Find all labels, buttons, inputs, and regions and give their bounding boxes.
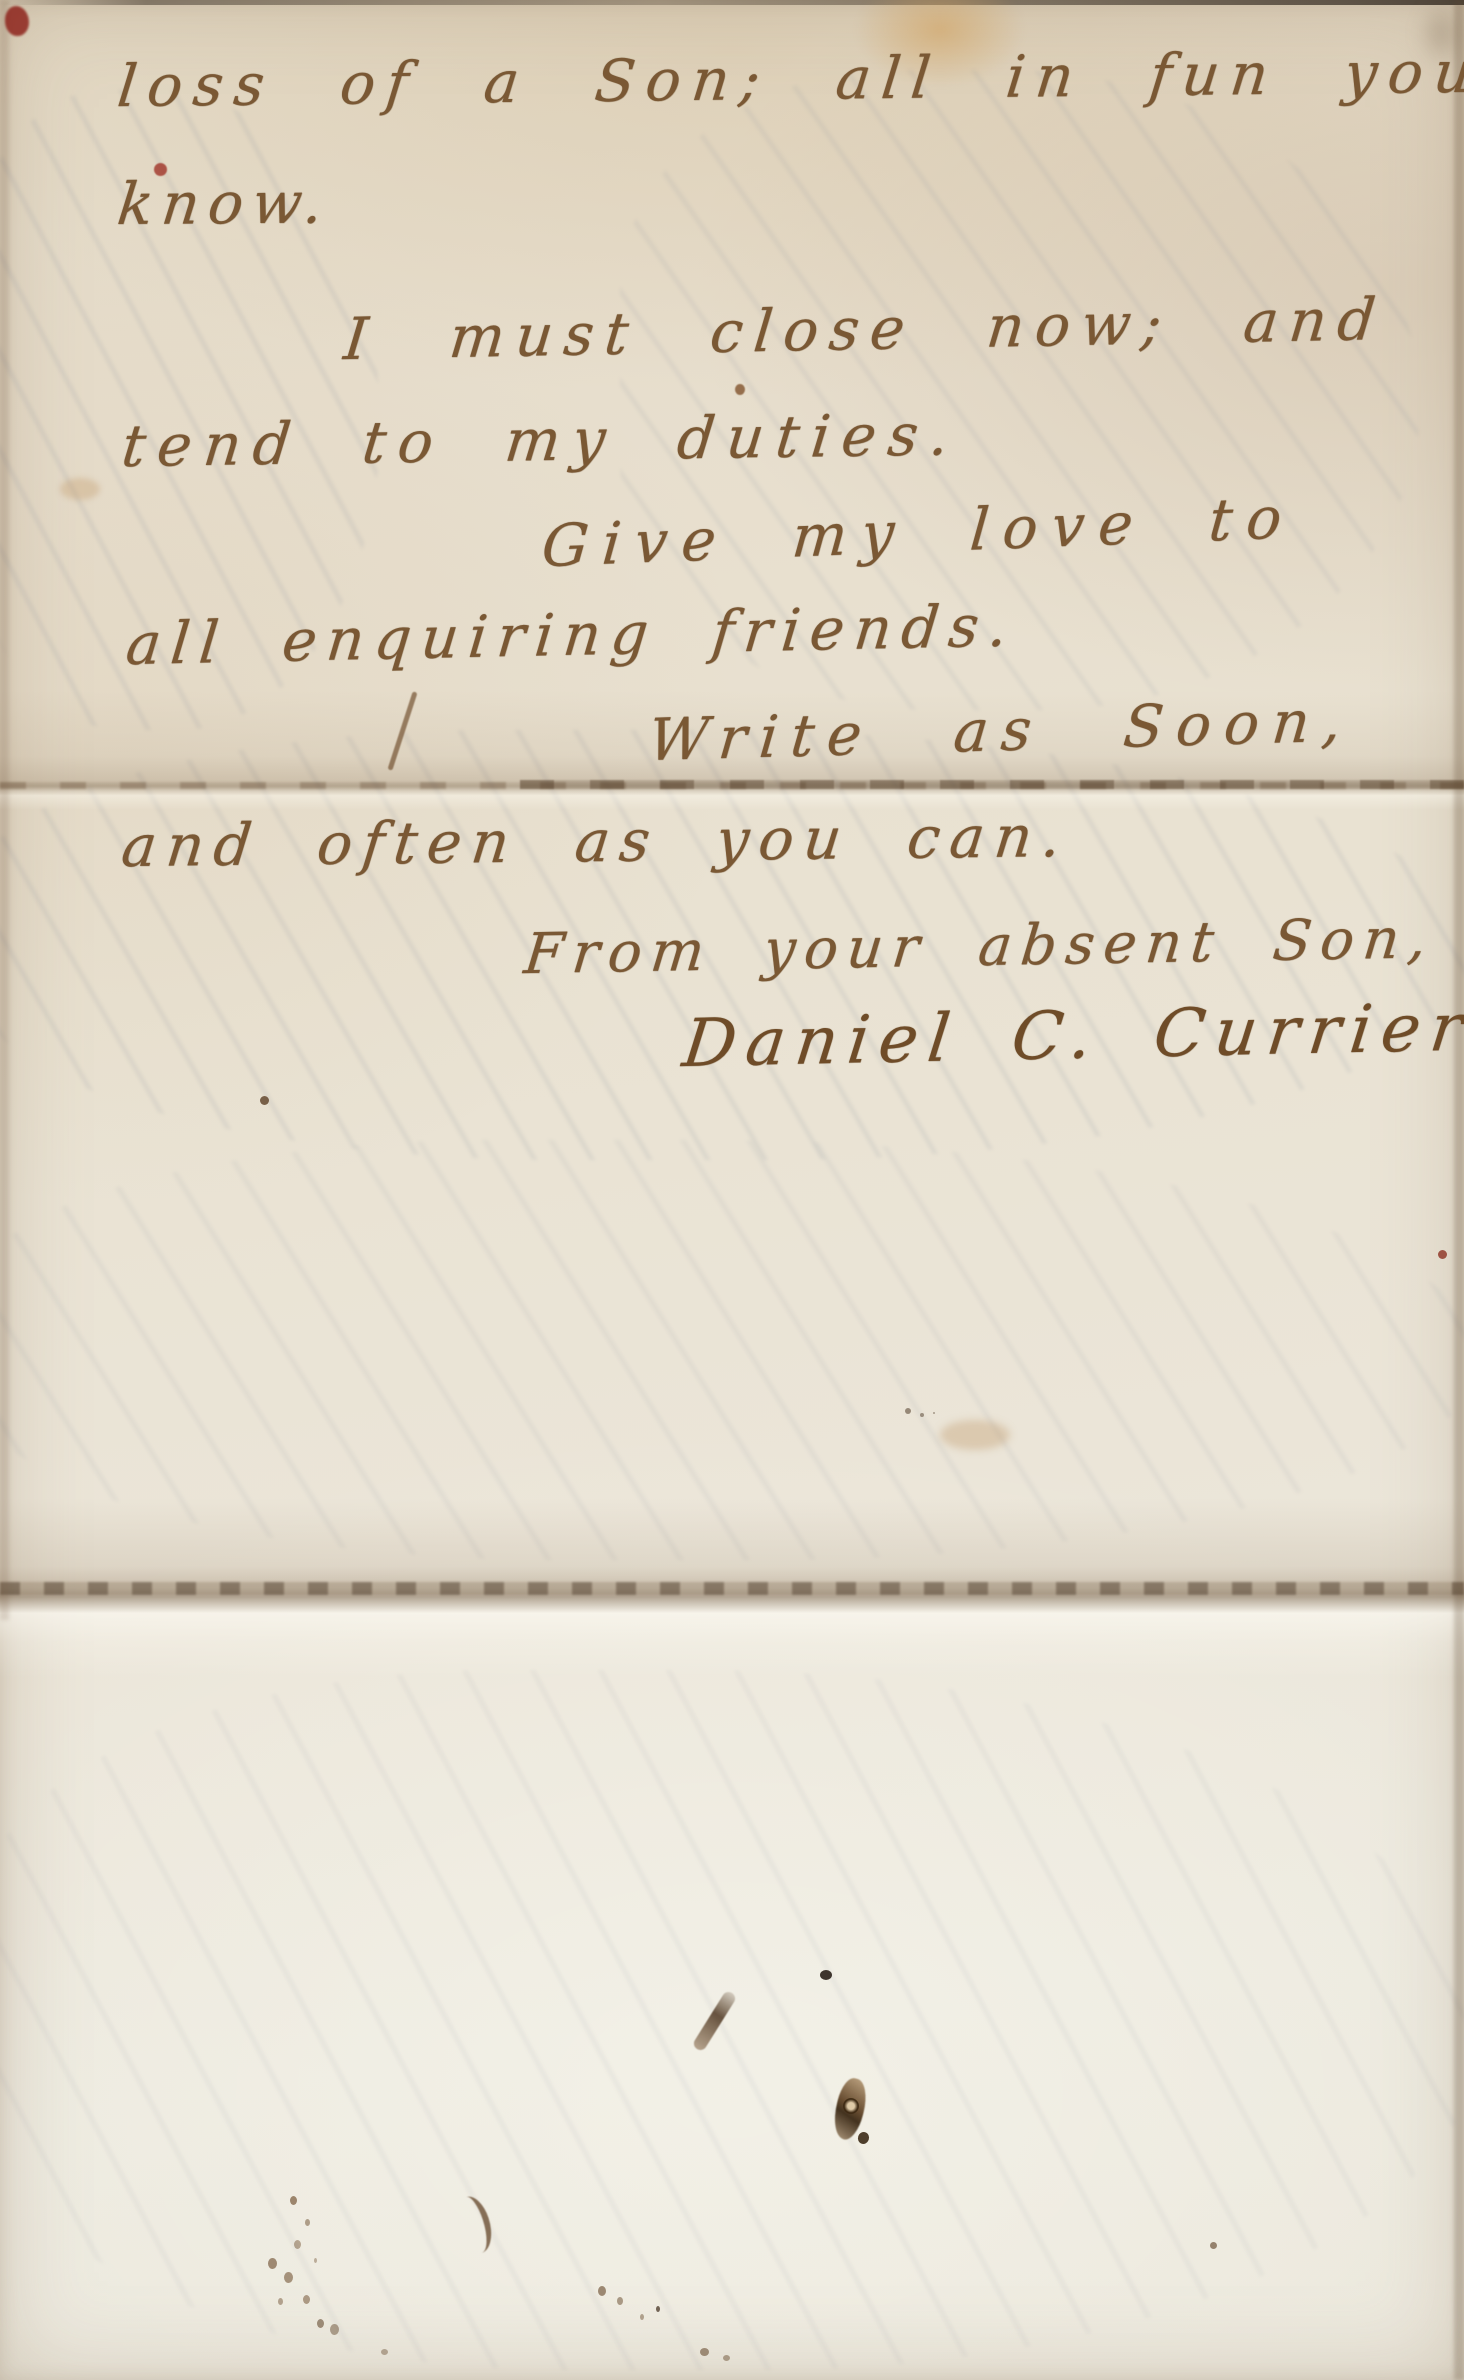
speckles — [700, 2348, 709, 2356]
letter-line-5: Give my love to — [539, 483, 1298, 580]
speckles — [905, 1408, 911, 1414]
letter-line-8: and often as you can. — [118, 802, 1074, 880]
scan-edge-right — [1454, 0, 1464, 2380]
corner-shadow — [1314, 0, 1464, 220]
bleedthrough-ghost — [0, 1140, 1464, 1560]
ink-blot — [843, 2098, 859, 2114]
stain — [5, 6, 29, 36]
fold-crease-lower-line — [0, 1582, 1464, 1595]
signature-line: Daniel C. Currier. — [679, 988, 1464, 1082]
speckles — [290, 2196, 297, 2205]
letter-page: loss of a Son; all in fun you know. I mu… — [0, 0, 1464, 2380]
ink-blot — [820, 1970, 832, 1980]
letter-line-3: I must close now; and — [341, 285, 1390, 373]
stain — [260, 1096, 269, 1105]
ink-blot — [450, 2192, 498, 2257]
stain — [60, 478, 100, 500]
speckles — [268, 2258, 277, 2269]
speckles — [1210, 2242, 1217, 2249]
letter-line-1: loss of a Son; all in fun you — [114, 38, 1464, 120]
ink-blot — [692, 1990, 738, 2053]
scan-edge-top — [0, 0, 1464, 5]
letter-line-6: all enquiring friends. — [123, 591, 1021, 678]
scan-edge-left — [0, 0, 9, 1620]
speckles — [598, 2286, 606, 2296]
letter-line-2: know. — [114, 169, 335, 239]
stray-pen-stroke — [387, 691, 417, 771]
bleedthrough-ghost — [0, 1670, 1464, 2370]
stain — [1438, 1250, 1447, 1259]
letter-line-7: Write as Soon, — [646, 686, 1358, 774]
letter-line-9: From your absent Son, — [521, 906, 1438, 987]
ink-blot — [829, 2076, 871, 2143]
ink-blot — [856, 2130, 870, 2145]
fold-crease-upper-line — [0, 782, 1464, 789]
stain — [735, 384, 745, 395]
fold-crease-upper-line — [520, 780, 1464, 789]
fold-crease-lower — [0, 1498, 1464, 1678]
stain — [940, 1420, 1010, 1450]
letter-line-4: tend to my duties. — [119, 400, 965, 480]
